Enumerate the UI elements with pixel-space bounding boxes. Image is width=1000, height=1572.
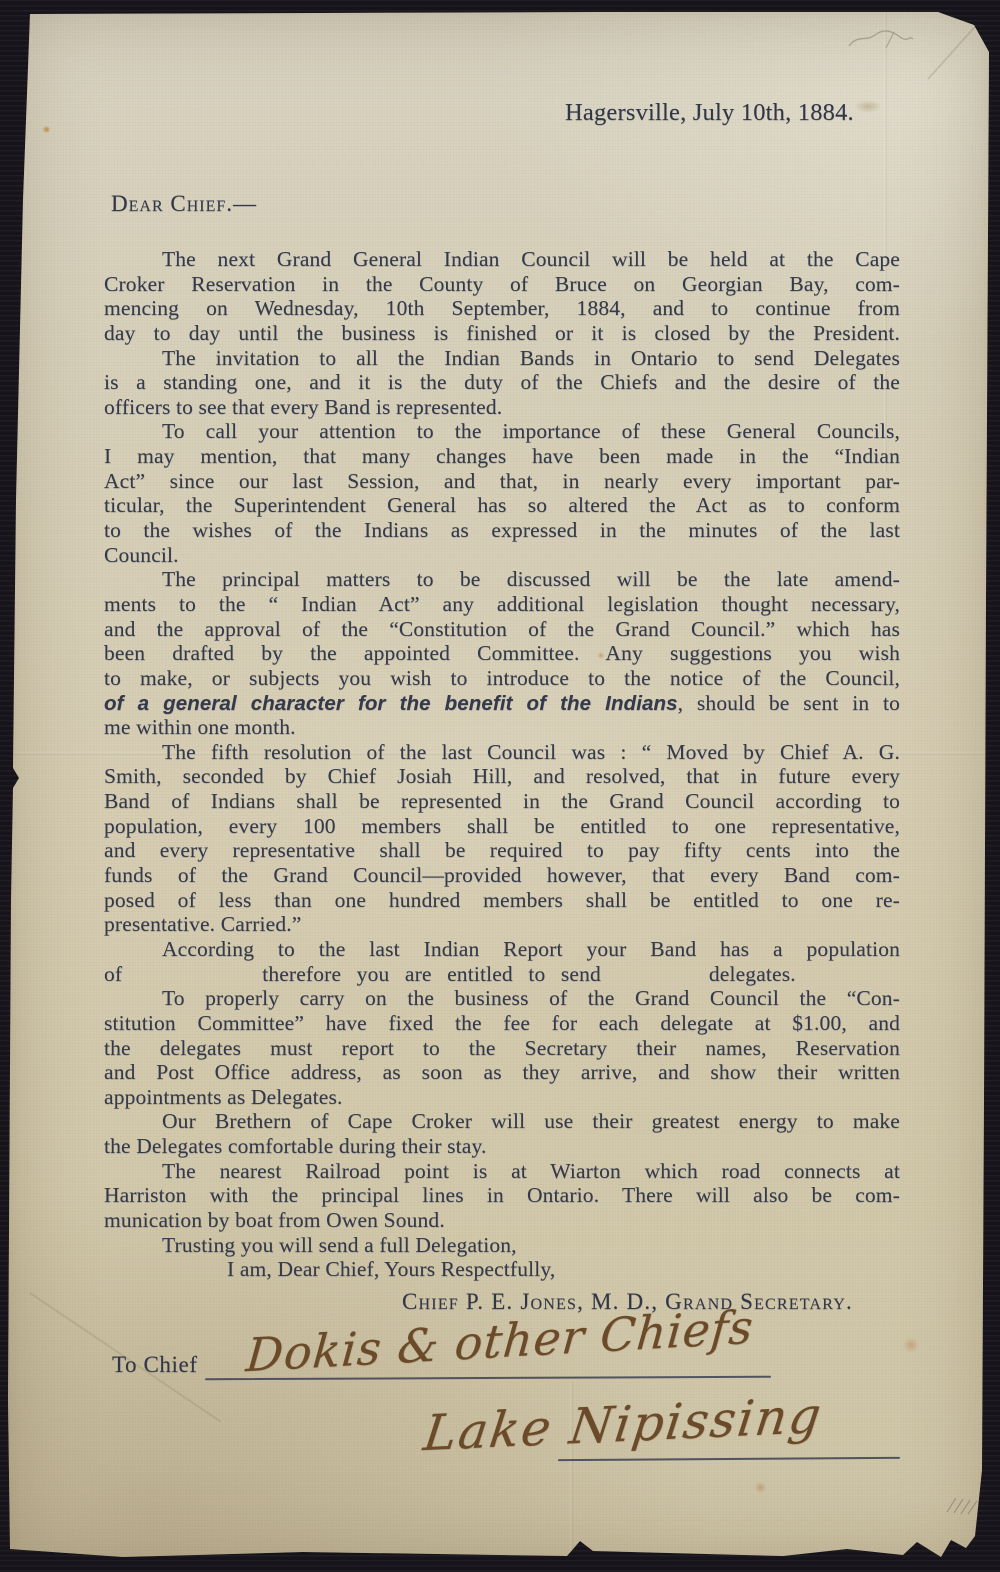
body-line: munication by boat from Owen Sound. (104, 1208, 900, 1233)
body-line: oftherefore you are entitled to senddele… (104, 962, 900, 987)
body-line: and Post Office address, as soon as they… (104, 1060, 900, 1085)
body-line: To call your attention to the importance… (104, 419, 900, 444)
body-text: delegates. (709, 962, 796, 986)
body-line: stitution Committee” have fixed the fee … (104, 1011, 900, 1036)
pencil-mark (846, 26, 916, 54)
handwritten-place: Lake Nipissing (420, 1387, 826, 1462)
body-line: been drafted by the appointed Committee.… (104, 641, 900, 666)
body-line: of a general character for the benefit o… (104, 691, 900, 716)
body-line: appointments as Delegates. (104, 1085, 900, 1110)
body-line: population, every 100 members shall be e… (104, 814, 900, 839)
body-line: Act” since our last Session, and that, i… (104, 469, 900, 494)
foxing-stain (854, 100, 882, 113)
body-line: officers to see that every Band is repre… (104, 395, 900, 420)
letter-body: The next Grand General Indian Council wi… (104, 247, 900, 1282)
body-line: Council. (104, 543, 900, 568)
body-line: and every representative shall be requir… (104, 838, 900, 863)
corner-fold-crease (927, 16, 985, 80)
body-line: the Delegates comfortable during their s… (104, 1134, 900, 1159)
body-line: day to day until the business is finishe… (104, 321, 900, 346)
addressee-label: To Chief (112, 1352, 198, 1378)
body-line: Our Brethern of Cape Croker will use the… (104, 1109, 900, 1134)
body-line: funds of the Grand Council—provided howe… (104, 863, 900, 888)
blank-space (122, 980, 262, 981)
foxing-stain (42, 126, 51, 133)
body-line: the delegates must report to the Secreta… (104, 1036, 900, 1061)
body-line: to the wishes of the Indians as expresse… (104, 518, 900, 543)
body-line: mencing on Wednesday, 10th September, 18… (104, 296, 900, 321)
photo-background: Hagersville, July 10th, 1884. Dear Chief… (0, 0, 1000, 1572)
body-line: to make, or subjects you wish to introdu… (104, 666, 900, 691)
body-line: I am, Dear Chief, Yours Respectfully, (104, 1257, 900, 1282)
body-line: The principal matters to be discussed wi… (104, 567, 900, 592)
body-line: The next Grand General Indian Council wi… (104, 247, 900, 272)
letter-paper: Hagersville, July 10th, 1884. Dear Chief… (0, 0, 1000, 1572)
pencil-mark (944, 1490, 984, 1518)
emphasized-text: of a general character for the benefit o… (104, 692, 678, 715)
body-line: Smith, seconded by Chief Josiah Hill, an… (104, 764, 900, 789)
body-text: of (104, 962, 122, 986)
body-line: Harriston with the principal lines in On… (104, 1183, 900, 1208)
body-line: Trusting you will send a full Delegation… (104, 1233, 900, 1258)
body-line: posed of less than one hundred members s… (104, 888, 900, 913)
body-line: ticular, the Superintendent General has … (104, 493, 900, 518)
body-line: The invitation to all the Indian Bands i… (104, 346, 900, 371)
body-line: presentative. Carried.” (104, 912, 900, 937)
body-text: therefore you are entitled to send (262, 962, 601, 986)
place-rule (558, 1457, 900, 1461)
body-line: me within one month. (104, 715, 900, 740)
body-line: Band of Indians shall be represented in … (104, 789, 900, 814)
body-line: is a standing one, and it is the duty of… (104, 370, 900, 395)
body-line: I may mention, that many changes have be… (104, 444, 900, 469)
body-line: According to the last Indian Report your… (104, 937, 900, 962)
dateline: Hagersville, July 10th, 1884. (565, 99, 854, 127)
body-line: The nearest Railroad point is at Wiarton… (104, 1159, 900, 1184)
body-line: The fifth resolution of the last Council… (104, 740, 900, 765)
foxing-stain (902, 1338, 920, 1352)
body-line: To properly carry on the business of the… (104, 986, 900, 1011)
foxing-stain (754, 1482, 767, 1493)
body-line: Croker Reservation in the County of Bruc… (104, 272, 900, 297)
body-line: and the approval of the “Constitution of… (104, 617, 900, 642)
body-text: , should be sent in to (678, 691, 900, 715)
salutation: Dear Chief.— (111, 191, 257, 217)
body-line: ments to the “ Indian Act” any additiona… (104, 592, 900, 617)
blank-space (601, 980, 709, 981)
